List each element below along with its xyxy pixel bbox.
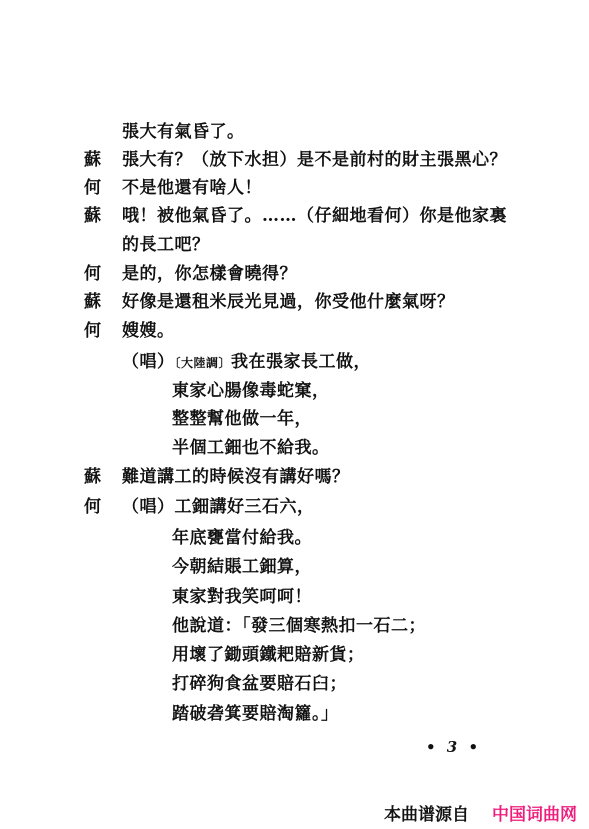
- text-line-10: 整整幫他做一年，: [172, 409, 312, 429]
- text-line-12: 難道講工的時候沒有講好嗎？: [122, 467, 350, 487]
- speaker-label: 蘇: [84, 206, 101, 226]
- text-line-2: 不是他還有啥人！: [122, 178, 262, 198]
- text-line-17: 他說道：「發三個寒熱扣一石二；: [172, 616, 426, 636]
- text-line-18: 用壞了鋤頭鐵耙賠新貨；: [172, 645, 365, 665]
- tune-name: 〔大陸調〕: [175, 356, 232, 370]
- footer-site-link[interactable]: 中国词曲网: [492, 800, 577, 825]
- text-line-9: 東家心腸像毒蛇窠，: [172, 381, 330, 401]
- text-line-20: 踏破砻箕要賠淘籮。」: [172, 704, 339, 724]
- sung-marker: （唱）: [122, 352, 175, 372]
- document-page: 張大有氣昏了。 蘇 張大有？（放下水担）是不是前村的財主張黑心？ 何 不是他還有…: [0, 0, 589, 829]
- lyric: 我在張家長工做，: [231, 352, 371, 372]
- text-line-11: 半個工鈿也不給我。: [172, 438, 330, 458]
- speaker-label: 何: [84, 321, 101, 341]
- text-line-19: 打碎狗食盆要賠石臼；: [172, 674, 347, 694]
- text-line-0: 張大有氣昏了。: [122, 122, 245, 142]
- speaker-label: 何: [84, 497, 101, 517]
- page-number: • 3 •: [426, 738, 481, 756]
- speaker-label: 何: [84, 178, 101, 198]
- text-line-15: 今朝結賬工鈿算，: [172, 557, 312, 577]
- text-line-6: 好像是還租米辰光見過，你受他什麼氣呀？: [122, 292, 455, 312]
- speaker-label: 蘇: [84, 467, 101, 487]
- text-line-7: 嫂嫂。: [122, 321, 175, 341]
- speaker-label: 蘇: [84, 150, 101, 170]
- speaker-label: 蘇: [84, 292, 101, 312]
- text-line-3: 哦！被他氣昏了。……（仔細地看何）你是他家裏: [122, 206, 507, 226]
- text-line-16: 東家對我笑呵呵！: [172, 587, 312, 607]
- speaker-label: 何: [84, 264, 101, 284]
- text-line-13: （唱）工鈿講好三石六，: [122, 497, 315, 517]
- text-line-14: 年底甕當付給我。: [172, 528, 312, 548]
- text-line-1: 張大有？（放下水担）是不是前村的財主張黑心？: [122, 150, 507, 170]
- text-line-5: 是的，你怎樣會曉得？: [122, 264, 297, 284]
- text-line-4: 的長工吧？: [122, 235, 210, 255]
- footer-source-label: 本曲谱源自: [384, 800, 469, 825]
- text-line-8: （唱）〔大陸調〕我在張家長工做，: [122, 352, 371, 373]
